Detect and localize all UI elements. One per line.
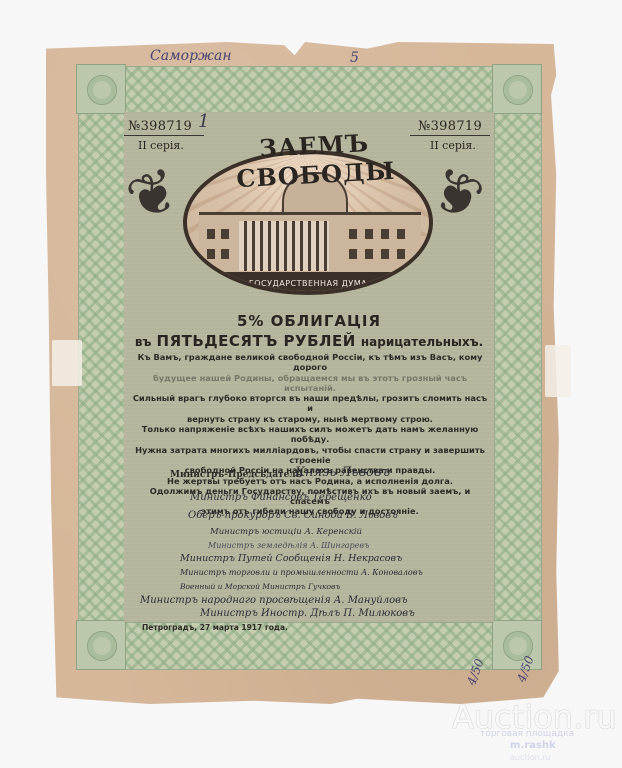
- guilloche-border-left: [78, 66, 126, 670]
- signature: Министръ народнаго просвѣщенія А. Мануйл…: [140, 595, 408, 606]
- signature: Министръ Финансовъ Терещенко: [190, 492, 372, 503]
- colonnade: [239, 221, 329, 271]
- emblem-caption: ГОСУДАРСТВЕННАЯ ДУМА: [187, 279, 429, 288]
- signature: Военный и Морской Министръ Гучковъ: [180, 582, 340, 591]
- signature: Князь Львовъ: [295, 465, 390, 480]
- signature: Министръ Путей Сообщенія Н. Некрасовъ: [180, 553, 402, 564]
- corner-rosette-icon: [76, 620, 126, 670]
- tape-strip: [545, 345, 571, 397]
- handwritten-name: Саморжан: [150, 48, 232, 64]
- tauride-palace-icon: [199, 212, 421, 275]
- signature: Министръ юстиціи А. Керенскій: [210, 527, 362, 537]
- bond-title: ЗАЕМЪ СВОБОДЫ: [199, 125, 432, 195]
- corner-rosette-icon: [76, 64, 126, 114]
- series-right: II серія.: [430, 139, 476, 152]
- serial-number-left: №398719: [128, 119, 192, 134]
- watermark-seller: m.rashk: [510, 740, 556, 751]
- denomination-amount: ПЯТЬДЕСЯТЪ РУБЛЕЙ: [157, 332, 356, 350]
- signature: Министръ земледѣлія А. Шингаревъ: [208, 541, 369, 550]
- signature: Оберъ-прокуроръ Св. Синода В. Львовъ: [188, 510, 398, 521]
- signature: Министръ Иностр. Дѣлъ П. Милюковъ: [200, 608, 415, 619]
- place-date: Петроградъ, 27 марта 1917 года.: [142, 623, 288, 632]
- bond-type-heading: 5% ОБЛИГАЦІЯ: [124, 312, 494, 330]
- corner-rosette-icon: [492, 64, 542, 114]
- denomination-heading: въ ПЯТЬДЕСЯТЪ РУБЛЕЙ нарицательныхъ.: [124, 331, 494, 350]
- handwritten-mark: 5: [350, 50, 359, 66]
- watermark-domain: auction.ru: [510, 753, 551, 762]
- serial-underline: [124, 135, 204, 136]
- title-banner: ЗАЕМЪ СВОБОДЫ: [200, 115, 430, 185]
- signature: Министръ торговли и промышленности А. Ко…: [180, 568, 423, 577]
- guilloche-border-top: [78, 66, 542, 114]
- tape-strip: [52, 340, 82, 386]
- chairman-label: Министръ-Предсѣдатель: [170, 470, 302, 480]
- series-left: II серія.: [138, 139, 184, 152]
- watermark-line1: торговая площадка: [480, 729, 574, 739]
- guilloche-border-right: [494, 66, 542, 670]
